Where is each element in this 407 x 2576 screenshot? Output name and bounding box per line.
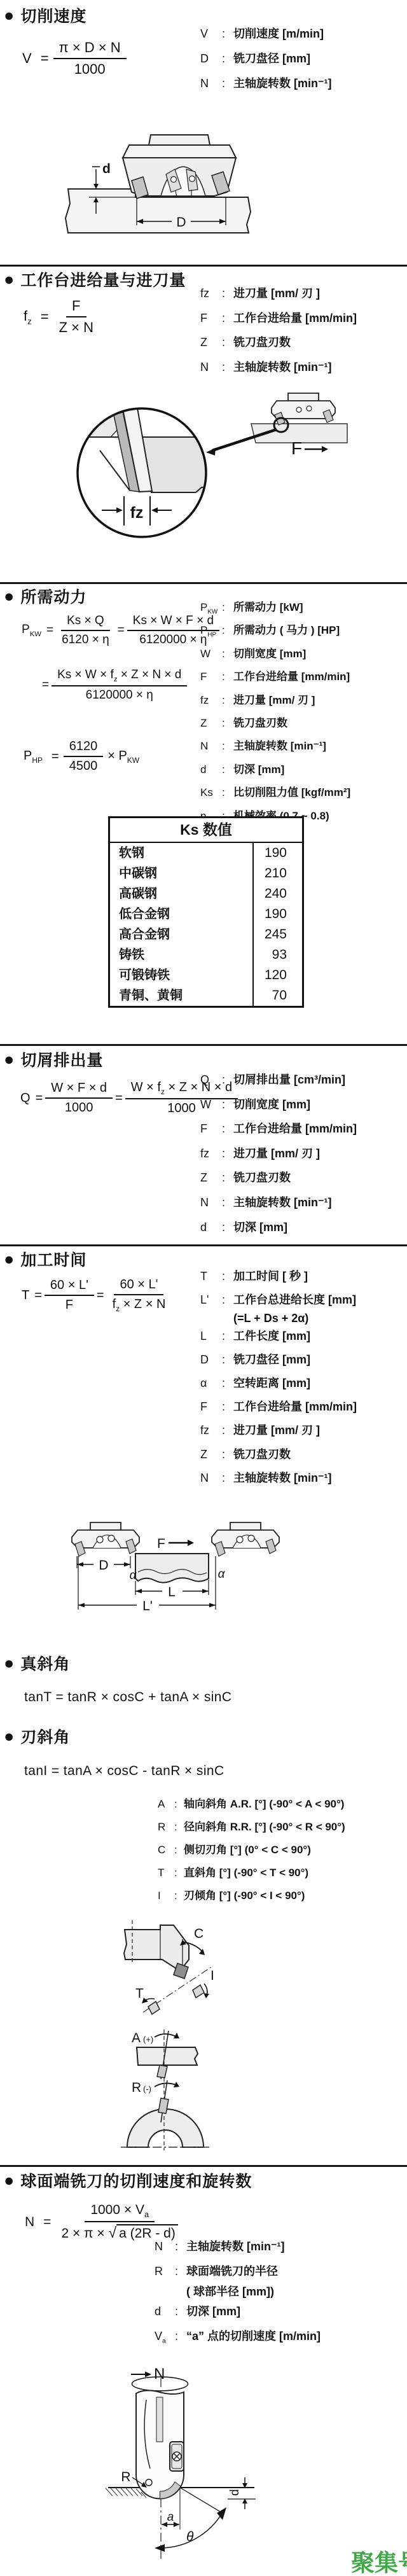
diagram-ball-end-mill: N R d — [108, 2360, 299, 2575]
section-heading-chip: ● 切屑排出量 — [4, 1048, 103, 1071]
formula-time: T = 60 × L' F = 60 × L' fz × Z × N — [19, 1278, 171, 1313]
table-row: 高碳钢 240 — [110, 884, 302, 904]
angle-sign-R: (-) — [143, 2084, 151, 2094]
cutter-start-position — [72, 1522, 139, 1556]
insert — [148, 2002, 160, 2014]
material-name: 可锻铸铁 — [110, 965, 254, 985]
divider — [0, 2165, 407, 2167]
diagram-cutter-angles: C I T A (+) R (-) — [124, 1920, 289, 2165]
section-title: 加工时间 — [20, 1248, 86, 1271]
definition-row: F : 工作台进给量 [mm/min] — [200, 1398, 357, 1421]
watermark: 聚集号 — [351, 2544, 407, 2576]
angle-label-A: A — [132, 2031, 141, 2045]
angle-view-radial: R (-) — [121, 2078, 210, 2150]
formula-power-kw-2: = Ks × W × fz × Z × N × d 6120000 × η — [39, 668, 187, 702]
definition-row: T : 加工时间 [ 秒 ] — [200, 1267, 357, 1291]
hatching — [106, 2488, 146, 2498]
definition-row: PHP : 所需动力 ( 马力 ) [HP] — [200, 621, 350, 644]
divider — [0, 1044, 407, 1046]
bullet-icon: ● — [4, 1728, 15, 1745]
dim-label-d: d — [102, 162, 111, 176]
magnified-cut-zone: fz — [78, 391, 208, 537]
defs-time: T : 加工时间 [ 秒 ] L' : 工作台总进给长度 [mm](=L + D… — [200, 1267, 357, 1493]
definition-row: N : 主轴旋转数 [min⁻¹] — [200, 74, 332, 99]
definition-row: D : 铣刀盘径 [mm] — [200, 1351, 357, 1374]
definition-row: α : 空转距离 [mm] — [200, 1374, 357, 1398]
ks-value: 245 — [254, 924, 302, 945]
definition-row: d : 切深 [mm] — [155, 2302, 321, 2327]
angle-theta-label: θ — [186, 2530, 194, 2544]
divider — [0, 1244, 407, 1246]
ks-value: 190 — [254, 843, 302, 863]
bullet-icon: ● — [4, 1051, 15, 1068]
bullet-icon: ● — [4, 588, 15, 605]
angle-view-axial: A (+) — [132, 2029, 198, 2079]
dim-label-fz: fz — [130, 504, 144, 522]
insert — [193, 1985, 204, 1998]
section-title: 切屑排出量 — [20, 1048, 103, 1071]
section-heading-true-rake: ● 真斜角 — [4, 1652, 70, 1674]
document-page: ● 切削速度 V : 切削速度 [m/min] D : 铣刀盘径 [mm] N … — [0, 0, 407, 2576]
definition-row: F : 工作台进给量 [mm/min] — [200, 309, 357, 333]
material-name: 铸铁 — [110, 945, 254, 965]
section-title: 真斜角 — [20, 1652, 70, 1674]
dim-label-alpha-right: α — [218, 1568, 226, 1581]
definition-row: N : 主轴旋转数 [min⁻¹] — [200, 1469, 357, 1493]
material-name: 高合金钢 — [110, 924, 254, 945]
contact-radius-label: a — [167, 2510, 174, 2524]
section-title: 刃斜角 — [20, 1725, 70, 1748]
angle-label-I: I — [210, 1968, 214, 1983]
defs-power: PKW : 所需动力 [kW] PHP : 所需动力 ( 马力 ) [HP] W… — [200, 598, 350, 830]
diagram-machining-length: F D α α L L' — [67, 1516, 353, 1624]
section-title: 工作台进给量与进刀量 — [20, 268, 186, 291]
definition-row: F : 工作台进给量 [mm/min] — [200, 1119, 357, 1144]
radical-icon: √ — [108, 2224, 116, 2241]
section-heading-cutting-speed: ● 切削速度 — [4, 4, 86, 27]
formula-chip: Q = W × F × d 1000 = W × fz × Z × N × d … — [18, 1080, 238, 1116]
material-name: 青铜、黄铜 — [110, 985, 254, 1006]
table-row: 高合金钢 245 — [110, 924, 302, 945]
radius-label: R — [121, 2470, 130, 2484]
bullet-icon: ● — [4, 1655, 15, 1672]
section-title: 球面端铣刀的切削速度和旋转数 — [20, 2169, 252, 2192]
ks-table-title: Ks 数值 — [110, 818, 302, 843]
dim-label-alpha-left: α — [130, 1569, 137, 1582]
workpiece — [135, 1554, 209, 1583]
formula-cutting-speed: V = π × D × N 1000 — [18, 39, 127, 78]
feed-direction-label: F — [291, 438, 302, 458]
formula-power-kw: PKW = Ks × Q 6120 × η = Ks × W × F × d 6… — [19, 614, 219, 647]
definition-row: Z : 铣刀盘刃数 — [200, 1168, 357, 1193]
definition-row: PKW : 所需动力 [kW] — [200, 598, 350, 621]
table-row: 低合金钢 190 — [110, 904, 302, 924]
defs-angles: A : 轴向斜角 A.R. [°] (-90° < A < 90°) R : 径… — [158, 1795, 345, 1909]
material-name: 高碳钢 — [110, 884, 254, 904]
table-row: 青铜、黄铜 70 — [110, 985, 302, 1006]
bullet-icon: ● — [4, 271, 15, 288]
table-row: 中碳钢 210 — [110, 863, 302, 884]
definition-row: I : 刃倾角 [°] (-90° < I < 90°) — [158, 1887, 345, 1910]
material-name: 软钢 — [110, 843, 254, 863]
divider — [0, 265, 407, 267]
section-heading-ball-mill: ● 球面端铣刀的切削速度和旋转数 — [4, 2169, 252, 2192]
definition-row: d : 切深 [mm] — [200, 1218, 357, 1243]
angle-label-R: R — [132, 2080, 141, 2095]
defs-feed: fz : 进刀量 [mm/ 刃 ] F : 工作台进给量 [mm/min] Z … — [200, 284, 357, 382]
depth-label: d — [228, 2489, 242, 2496]
ks-value: 190 — [254, 904, 302, 924]
definition-row: fz : 进刀量 [mm/ 刃 ] — [200, 1421, 357, 1445]
definition-row: Ks : 比切削阻力值 [kgf/mm²] — [200, 783, 350, 806]
angle-view-cit: C I T — [124, 1920, 214, 2014]
ks-value: 210 — [254, 863, 302, 884]
angle-label-C: C — [194, 1926, 203, 1941]
definition-row: Z : 铣刀盘刃数 — [200, 1445, 357, 1469]
formula-inclination: tanI = tanA × cosC - tanR × sinC — [24, 1764, 224, 1779]
angle-sign-A: (+) — [143, 2035, 153, 2044]
bullet-icon: ● — [4, 2172, 15, 2189]
formula-power-hp: PHP = 6120 4500 × PKW — [19, 739, 144, 774]
table-row: 软钢 190 — [110, 843, 302, 863]
dim-label-D: D — [99, 1558, 108, 1573]
definition-row: N : 主轴旋转数 [min⁻¹] — [200, 358, 357, 382]
ks-value: 70 — [254, 985, 302, 1006]
section-heading-inclination: ● 刃斜角 — [4, 1725, 70, 1748]
section-heading-feed: ● 工作台进给量与进刀量 — [4, 268, 186, 291]
definition-row: V : 切削速度 [m/min] — [200, 24, 332, 49]
definition-row: fz : 进刀量 [mm/ 刃 ] — [200, 284, 357, 309]
section-title: 所需动力 — [20, 585, 86, 608]
definition-row: Z : 铣刀盘刃数 — [200, 333, 357, 358]
cutter-end-position — [212, 1522, 279, 1556]
definition-row: N : 主轴旋转数 [min⁻¹] — [155, 2237, 321, 2262]
definition-row: fz : 进刀量 [mm/ 刃 ] — [200, 1144, 357, 1169]
bullet-icon: ● — [4, 1251, 15, 1268]
spindle-speed-label: N — [154, 2365, 165, 2383]
definition-row: R : 径向斜角 R.R. [°] (-90° < R < 90°) — [158, 1818, 345, 1841]
formula-ball-mill: N = 1000 × Va 2 × π × √a (2R - d) — [20, 2203, 184, 2241]
section-title: 切削速度 — [20, 4, 86, 27]
definition-row: D : 铣刀盘径 [mm] — [200, 49, 332, 74]
mini-cutter-scene — [251, 393, 347, 443]
definition-row: Va : “a” 点的切削速度 [m/min] — [155, 2327, 321, 2351]
ks-table-rows: 软钢 190 中碳钢 210 高碳钢 240 低合金钢 190 — [110, 843, 302, 1006]
definition-row: F : 工作台进给量 [mm/min] — [200, 667, 350, 690]
formula-feed: fz = F Z × N — [19, 298, 99, 336]
table-row: 可锻铸铁 120 — [110, 965, 302, 985]
definition-row: L' : 工作台总进给长度 [mm](=L + Ds + 2α) — [200, 1291, 357, 1327]
dim-label-L-prime: L' — [142, 1599, 153, 1613]
definition-row: N : 主轴旋转数 [min⁻¹] — [200, 737, 350, 760]
definition-row: fz : 进刀量 [mm/ 刃 ] — [200, 691, 350, 714]
diagram-face-mill-depth: d D — [60, 132, 251, 239]
material-name: 中碳钢 — [110, 863, 254, 884]
ks-value: 120 — [254, 965, 302, 985]
definition-row: W : 切削宽度 [mm] — [200, 644, 350, 667]
ks-value: 240 — [254, 884, 302, 904]
definition-row: C : 侧切刃角 [°] (0° < C < 90°) — [158, 1841, 345, 1864]
definition-row: R : 球面端铣刀的半径( 球部半径 [mm]) — [155, 2262, 321, 2302]
definition-row: Z : 铣刀盘刃数 — [200, 714, 350, 737]
material-name: 低合金钢 — [110, 904, 254, 924]
definition-row: L : 工件长度 [mm] — [200, 1327, 357, 1351]
formula-true-rake: tanT = tanR × cosC + tanA × sinC — [24, 1690, 231, 1705]
definition-row: N : 主轴旋转数 [min⁻¹] — [200, 1193, 357, 1218]
divider — [0, 582, 407, 584]
section-heading-power: ● 所需动力 — [4, 585, 86, 608]
diagram-feed-per-tooth: fz F — [71, 387, 351, 573]
angle-label-T: T — [135, 1986, 144, 2001]
section-heading-time: ● 加工时间 — [4, 1248, 86, 1271]
dim-label-L: L — [168, 1585, 176, 1599]
defs-cutting-speed: V : 切削速度 [m/min] D : 铣刀盘径 [mm] N : 主轴旋转数… — [200, 24, 332, 99]
ks-value-table: Ks 数值 软钢 190 中碳钢 210 高碳钢 240 — [108, 816, 304, 1008]
insert — [157, 2065, 167, 2078]
table-row: 铸铁 93 — [110, 945, 302, 965]
definition-row: d : 切深 [mm] — [200, 760, 350, 783]
feed-direction-label: F — [157, 1536, 165, 1551]
ks-value: 93 — [254, 945, 302, 965]
defs-ball-mill: N : 主轴旋转数 [min⁻¹] R : 球面端铣刀的半径( 球部半径 [mm… — [155, 2237, 321, 2351]
face-mill-cutter — [123, 135, 236, 198]
definition-row: T : 直斜角 [°] (-90° < T < 90°) — [158, 1864, 345, 1887]
dim-label-D: D — [176, 215, 186, 230]
bullet-icon: ● — [4, 7, 15, 24]
definition-row: A : 轴向斜角 A.R. [°] (-90° < A < 90°) — [158, 1795, 345, 1818]
